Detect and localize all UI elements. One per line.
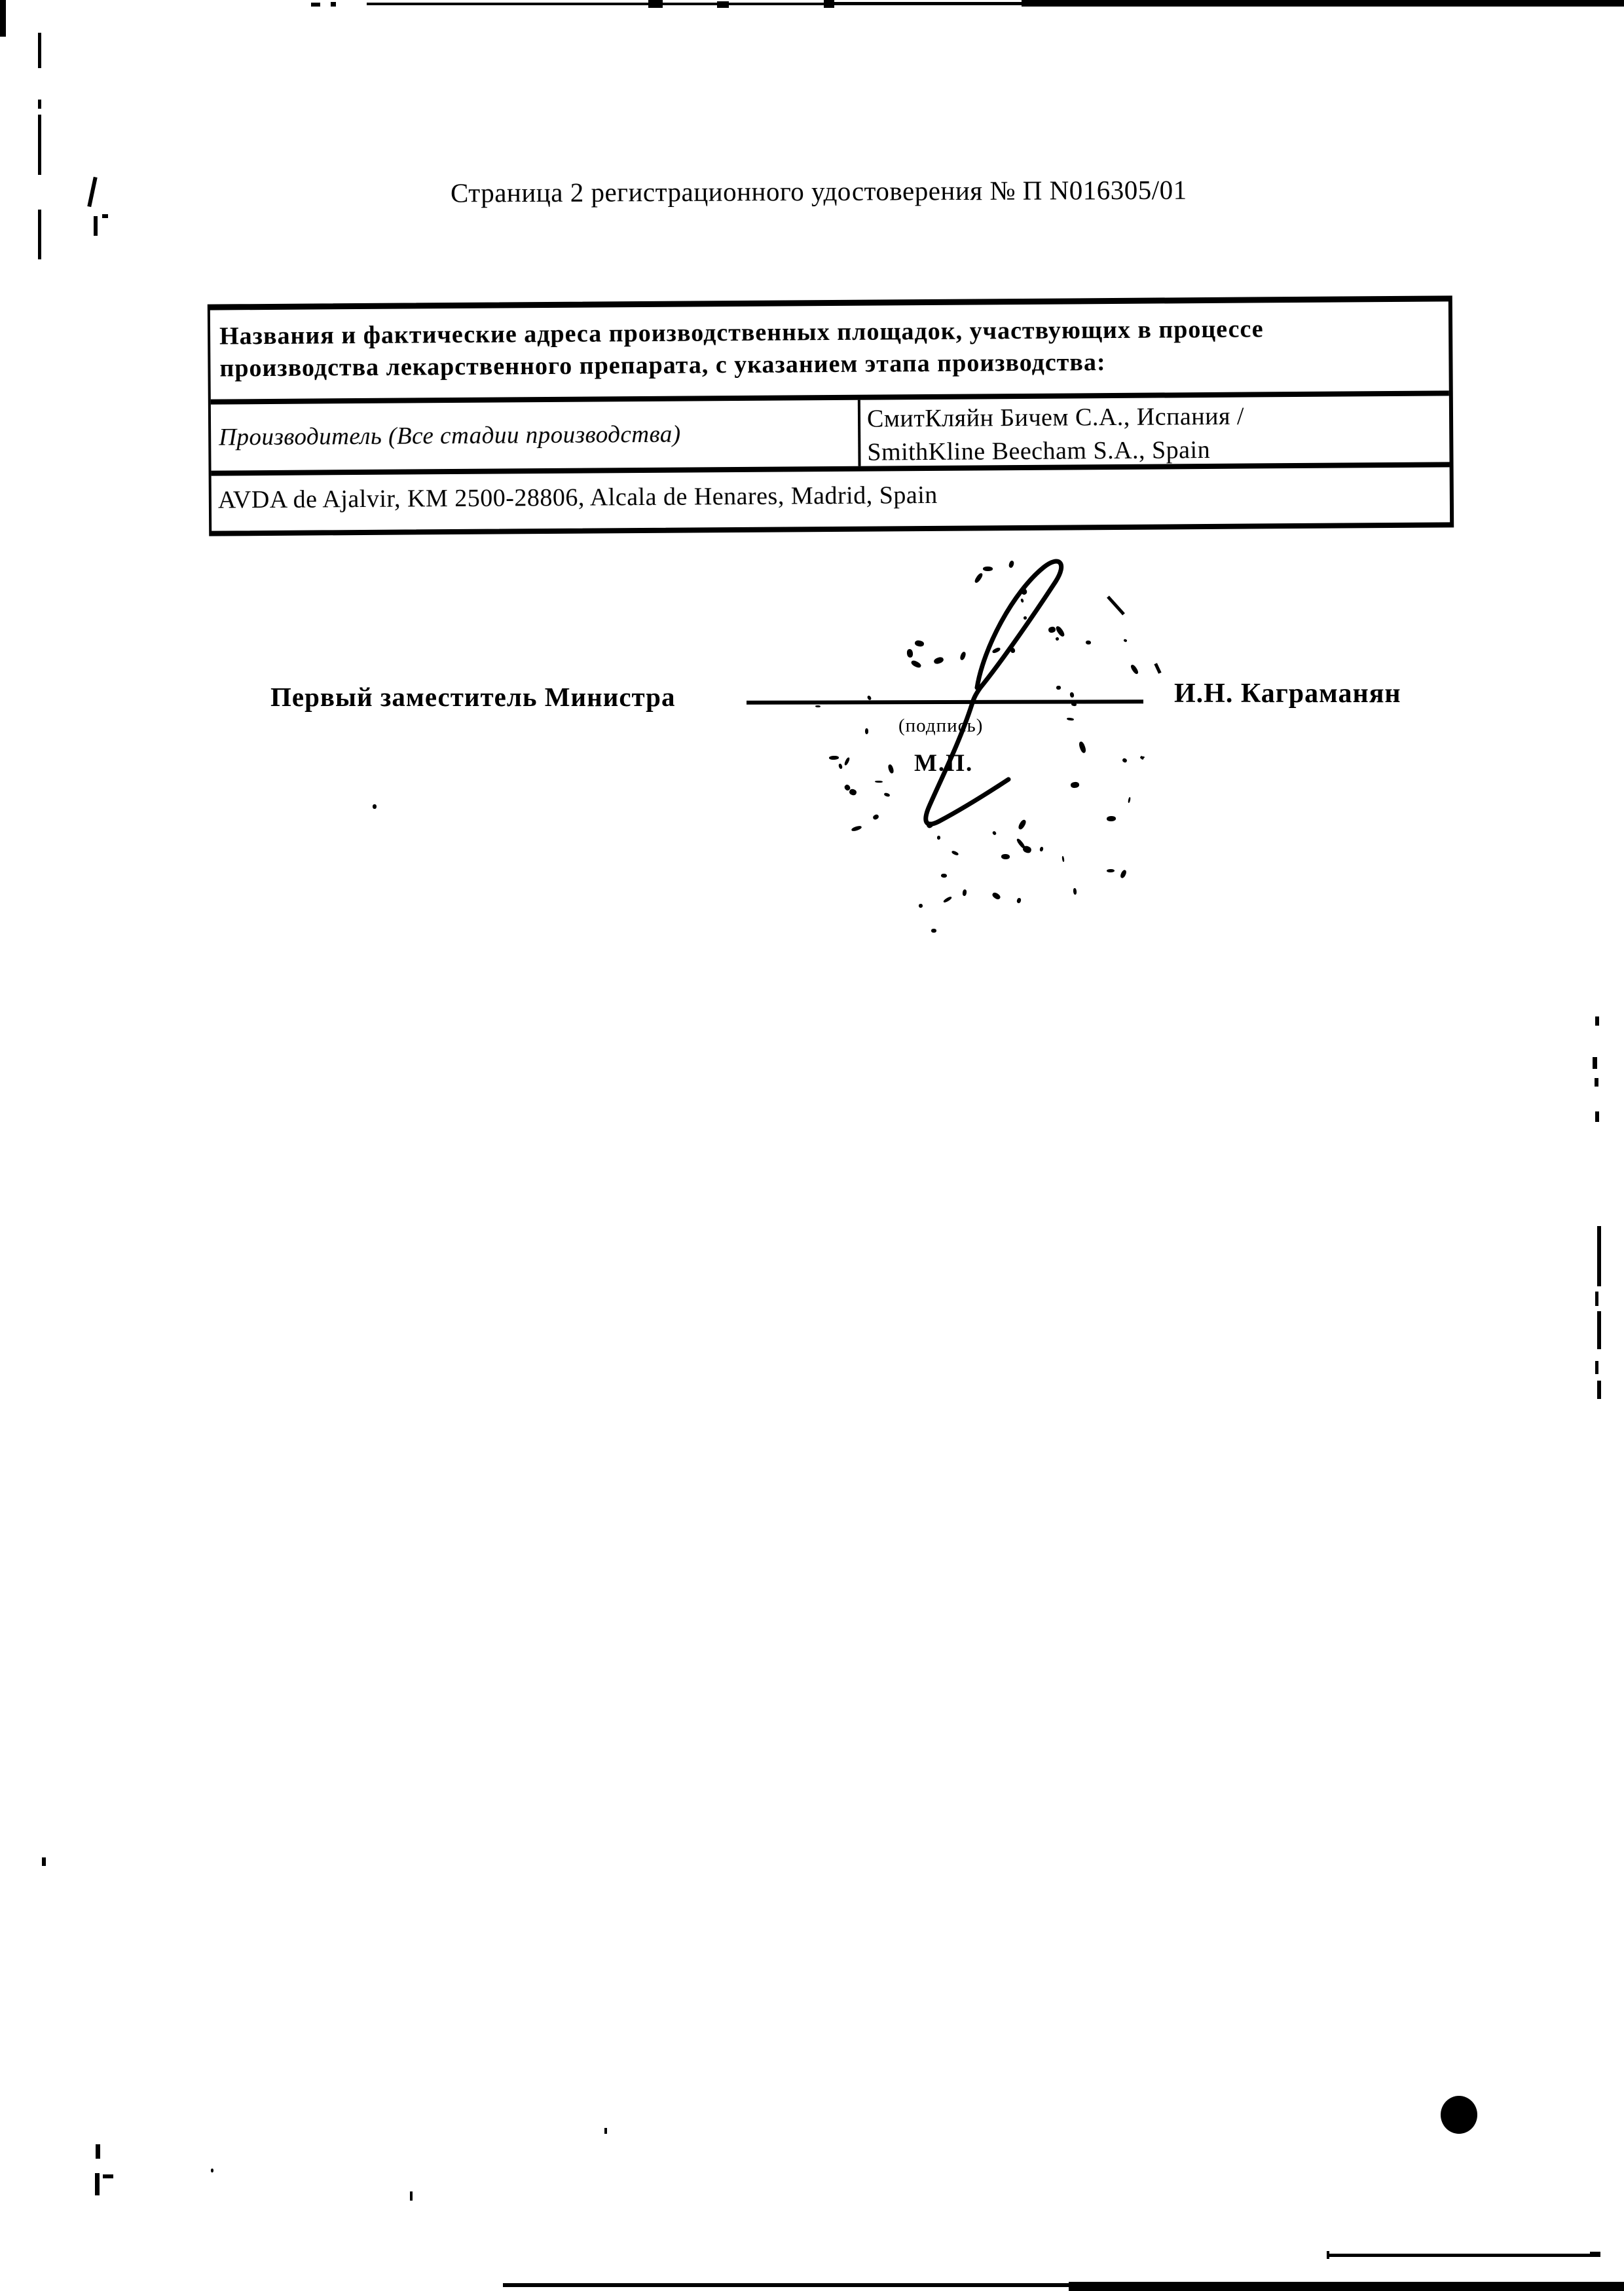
stamp-speck [1078, 741, 1086, 754]
stamp-speck [1016, 897, 1022, 903]
stamp-speck [925, 821, 934, 829]
scan-speck [410, 2191, 413, 2201]
pen-tick-mark [103, 2174, 113, 2178]
stamp-speck [1073, 888, 1077, 895]
stamp-speck [910, 660, 922, 669]
table-header-text: Названия и фактические адреса производст… [210, 302, 1399, 385]
stamp-speck [872, 813, 879, 821]
stamp-speck [865, 728, 868, 734]
stamp-speck [1071, 702, 1077, 706]
stamp-speck [1071, 781, 1080, 788]
producer-address-cell: AVDA de Ajalvir, KM 2500-28806, Alcala d… [212, 467, 1450, 524]
scan-artifact-right-line [1595, 1361, 1598, 1374]
pen-slash-mark [87, 177, 97, 207]
stamp-speck [943, 896, 953, 903]
scan-artifact-bottom-right-line [1327, 2254, 1599, 2257]
stamp-speck [1017, 819, 1027, 830]
producer-stage-label: Производитель (Все стадии производства) [211, 420, 681, 452]
stamp-speck [992, 830, 997, 836]
punch-hole-dot [1441, 2096, 1477, 2134]
stamp-speck [1055, 625, 1066, 637]
scan-artifact-right-dash [1595, 1016, 1599, 1026]
stamp-speck [1086, 641, 1092, 645]
stamp-speck [1016, 838, 1026, 849]
scan-speck [931, 929, 936, 933]
scan-artifact-right-line [1597, 1311, 1601, 1349]
page-title: Страница 2 регистрационного удостоверени… [451, 174, 1187, 209]
stamp-speck [991, 891, 1001, 901]
stamp-speck [875, 781, 883, 783]
stamp-speck [849, 789, 857, 796]
production-sites-table: Названия и фактические адреса производст… [208, 295, 1454, 536]
scan-artifact-bottom-bar [503, 2283, 1071, 2287]
producer-row: Производитель (Все стадии производства) … [211, 396, 1450, 470]
pen-tick-mark [95, 2173, 100, 2195]
stamp-speck [1067, 717, 1074, 720]
stamp-speck [838, 763, 843, 769]
scan-artifact-right-dash [1595, 1078, 1598, 1087]
producer-address-text: AVDA de Ajalvir, KM 2500-28806, Alcala d… [212, 481, 938, 515]
scan-artifact-right-line [1597, 1381, 1601, 1399]
stamp-speck [914, 640, 924, 647]
signature-caption: (подпись) [898, 715, 983, 737]
stamp-speck [1107, 816, 1116, 821]
stamp-speck [937, 836, 940, 840]
stamp-speck [962, 889, 967, 897]
scan-speck [373, 804, 377, 809]
stamp-speck [918, 903, 923, 908]
scan-artifact-top-line [311, 3, 320, 7]
table-header-cell: Названия и фактические адреса производст… [210, 301, 1449, 399]
stamp-speck [843, 757, 850, 766]
scan-artifact-top-line [826, 2, 1023, 5]
signer-title: Первый заместитель Министра [270, 681, 675, 713]
scan-artifact-right-line [1595, 1292, 1598, 1306]
stamp-speck [1130, 663, 1139, 675]
stamp-speck [887, 764, 895, 773]
scan-artifact-top-line [717, 1, 729, 8]
stamp-speck [1020, 598, 1024, 603]
scan-artifact-left-line [38, 210, 41, 259]
scan-artifact-right-dash [1595, 1111, 1599, 1122]
scan-speck [604, 2128, 607, 2134]
stamp-speck [815, 705, 821, 707]
producer-name-cell: СмитКляйн Бичем С.А., Испания / SmithKli… [867, 400, 1245, 470]
pen-tick-mark [96, 2144, 100, 2159]
seal-placeholder-label: М.П. [914, 749, 973, 777]
scan-artifact-line-cap [1590, 2252, 1600, 2257]
signer-name: И.Н. Каграманян [1174, 678, 1401, 709]
stamp-speck [1010, 647, 1016, 654]
pen-tick-mark [102, 214, 108, 218]
stamp-speck [983, 567, 993, 571]
stamp-speck [959, 651, 967, 661]
stamp-speck [1055, 637, 1060, 641]
scan-artifact-top-line [1022, 0, 1624, 7]
stamp-speck [906, 649, 913, 658]
scan-artifact-left-line [38, 115, 41, 175]
stamp-speck [951, 850, 959, 856]
scan-artifact-left-line [38, 33, 41, 68]
stamp-speck [974, 572, 984, 584]
pen-tick-mark [42, 1857, 46, 1866]
pen-tick-mark [94, 216, 98, 236]
signature-line [747, 699, 1143, 705]
stamp-speck [851, 825, 862, 832]
stamp-speck [1048, 626, 1056, 633]
stamp-edge-dash [1107, 595, 1125, 615]
scan-speck [211, 2169, 213, 2172]
stamp-speck [1056, 686, 1061, 690]
stamp-speck [1020, 587, 1028, 595]
stamp-speck [1008, 560, 1015, 568]
scan-artifact-top-line [331, 2, 336, 7]
stamp-speck [1122, 758, 1128, 764]
stamp-speck [991, 646, 1001, 654]
producer-name-ru: СмитКляйн Бичем С.А., Испания / [867, 400, 1244, 436]
stamp-speck [829, 756, 839, 760]
producer-stage-cell: Производитель (Все стадии производства) [211, 400, 856, 471]
scan-artifact-right-dash [1593, 1057, 1597, 1069]
scanned-certificate-page: Страница 2 регистрационного удостоверени… [0, 0, 1624, 2291]
stamp-speck [1069, 692, 1075, 698]
stamp-speck [1128, 797, 1131, 803]
stamp-edge-dash [1154, 663, 1161, 674]
scan-artifact-top-line [648, 0, 663, 8]
scan-artifact-corner [0, 0, 6, 37]
stamp-speck [1061, 856, 1064, 862]
scan-artifact-bottom-bar [1069, 2282, 1624, 2291]
stamp-speck [941, 874, 947, 878]
table-column-divider [858, 400, 861, 466]
stamp-speck [883, 792, 890, 798]
scan-artifact-top-line [367, 3, 825, 5]
scan-artifact-right-line [1597, 1226, 1601, 1286]
stamp-speck [1024, 616, 1027, 620]
stamp-speck [1140, 756, 1145, 759]
stamp-speck [1001, 854, 1010, 859]
stamp-speck [1123, 639, 1127, 643]
stamp-speck [1039, 846, 1044, 851]
stamp-speck [933, 656, 944, 665]
stamp-speck [1120, 869, 1128, 879]
stamp-speck [1107, 869, 1115, 872]
scan-artifact-left-line [38, 100, 41, 109]
